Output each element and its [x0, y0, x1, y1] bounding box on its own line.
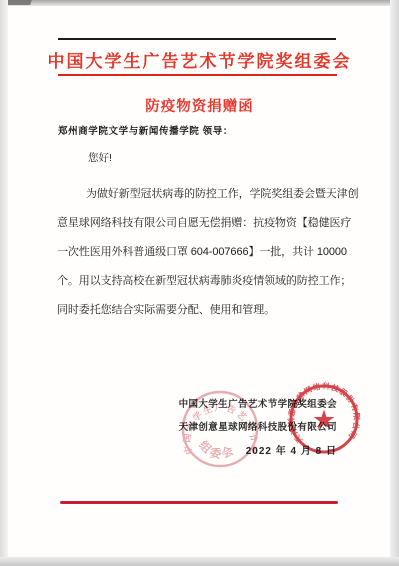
body-line-2: 意星球网络科技有限公司自愿无偿捐赠：抗疫物资【稳健医疗: [57, 214, 357, 230]
body-line-1: 为做好新型冠状病毒的防控工作，学院奖组委会暨天津创: [57, 185, 386, 201]
svg-text:组委会: 组委会: [196, 438, 238, 462]
scan-edge-left: [0, 0, 8, 566]
signature-date: 2022 年 4 月 8 日: [246, 442, 337, 457]
body-line-3: 一次性医用外科普通级口罩 604-007666】一批，共计 10000: [57, 243, 357, 259]
letterhead-underline: [58, 74, 337, 76]
scan-edge-right: [390, 0, 399, 566]
recipient-line: 郑州商学院文学与新闻传播学院 领导：: [58, 123, 233, 137]
body-line-4: 个。用以支持高校在新型冠状病毒肺炎疫情领域的防控工作；: [57, 272, 357, 288]
letterhead-org-title: 中国大学生广告艺术节学院奖组委会: [8, 47, 391, 72]
header-top-rule: [58, 38, 336, 40]
footer-red-rule: [60, 501, 338, 504]
company-seal-arc-text: 天津创意星球网络科技股份有限公司: [286, 380, 362, 445]
greeting-line: 您好!: [88, 150, 112, 165]
svg-text:天津创意星球网络科技股份有限公司: 天津创意星球网络科技股份有限公司: [286, 380, 362, 445]
document-title: 防疫物资捐赠函: [8, 95, 391, 116]
signature-org-committee: 中国大学生广告艺术节学院奖组委会: [179, 396, 337, 410]
committee-seal-bottom-text: 组委会: [196, 438, 238, 462]
scan-edge-top: [0, 0, 399, 6]
signature-org-company: 天津创意星球网络科技股份有限公司: [179, 419, 337, 433]
body-line-5: 同时委托您结合实际需要分配、使用和管理。: [57, 301, 357, 317]
scan-edge-bottom: [0, 557, 399, 566]
document-page: 中国大学生广告艺术节学院奖组委会 防疫物资捐赠函 郑州商学院文学与新闻传播学院 …: [8, 5, 391, 558]
